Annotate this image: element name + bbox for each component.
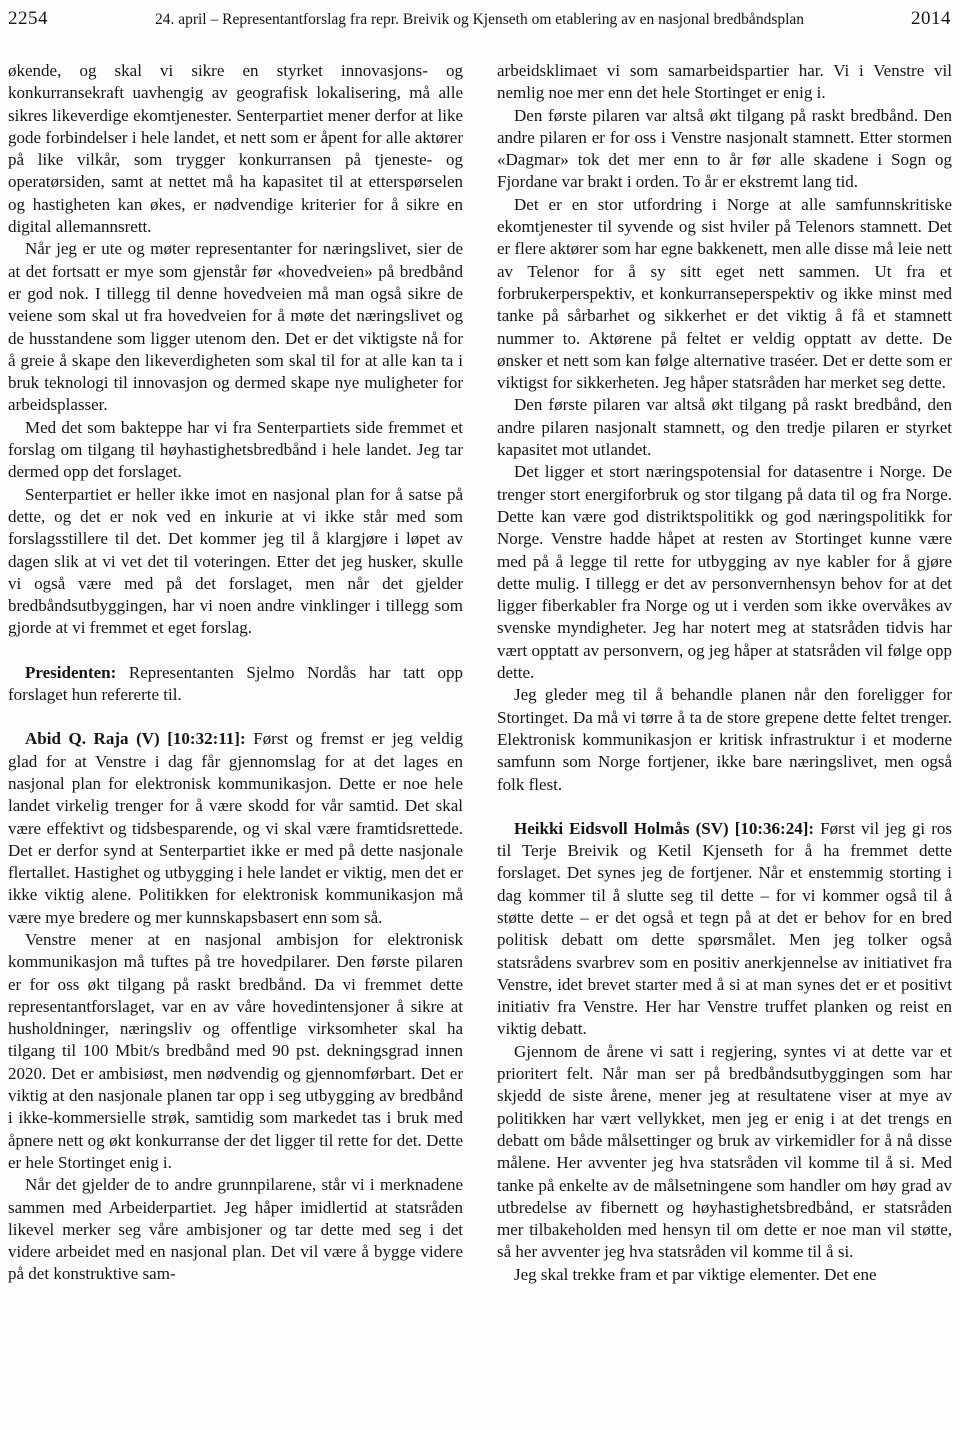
paragraph: Gjennom de årene vi satt i regjering, sy… <box>497 1041 952 1264</box>
document-page: 2254 24. april – Representantforslag fra… <box>0 0 960 1430</box>
paragraph: Når jeg er ute og møter representanter f… <box>8 238 463 416</box>
speech-paragraph: Abid Q. Raja (V) [10:32:11]: Først og fr… <box>8 728 463 929</box>
paragraph: Den første pilaren var altså økt tilgang… <box>497 394 952 461</box>
left-column: økende, og skal vi sikre en styrket inno… <box>8 60 463 1430</box>
paragraph: Det er en stor utfordring i Norge at all… <box>497 194 952 395</box>
paragraph: økende, og skal vi sikre en styrket inno… <box>8 60 463 238</box>
paragraph: Senterpartiet er heller ikke imot en nas… <box>8 484 463 640</box>
speech-paragraph: Heikki Eidsvoll Holmås (SV) [10:36:24]: … <box>497 818 952 1041</box>
page-number: 2254 <box>8 8 48 30</box>
speaker-name: Presidenten: <box>25 663 116 682</box>
text-body: økende, og skal vi sikre en styrket inno… <box>8 60 953 1430</box>
paragraph: Venstre mener at en nasjonal ambisjon fo… <box>8 929 463 1174</box>
paragraph: Det ligger et stort næringspotensial for… <box>497 461 952 684</box>
paragraph: Jeg skal trekke fram et par viktige elem… <box>497 1264 952 1286</box>
page-header: 2254 24. april – Representantforslag fra… <box>8 8 951 30</box>
paragraph: Når det gjelder de to andre grunnpilaren… <box>8 1174 463 1285</box>
right-column: arbeidsklimaet vi som samarbeidspartier … <box>497 60 952 1430</box>
running-header-title: 24. april – Representantforslag fra repr… <box>48 11 911 29</box>
paragraph: Jeg gleder meg til å behandle planen når… <box>497 684 952 795</box>
header-year: 2014 <box>911 8 951 30</box>
speech-paragraph: Presidenten: Representanten Sjelmo Nordå… <box>8 662 463 707</box>
paragraph: arbeidsklimaet vi som samarbeidspartier … <box>497 60 952 105</box>
speaker-name: Abid Q. Raja (V) [10:32:11]: <box>25 729 246 748</box>
speaker-name: Heikki Eidsvoll Holmås (SV) [10:36:24]: <box>514 819 814 838</box>
paragraph: Med det som bakteppe har vi fra Senterpa… <box>8 417 463 484</box>
paragraph: Den første pilaren var altså økt tilgang… <box>497 105 952 194</box>
